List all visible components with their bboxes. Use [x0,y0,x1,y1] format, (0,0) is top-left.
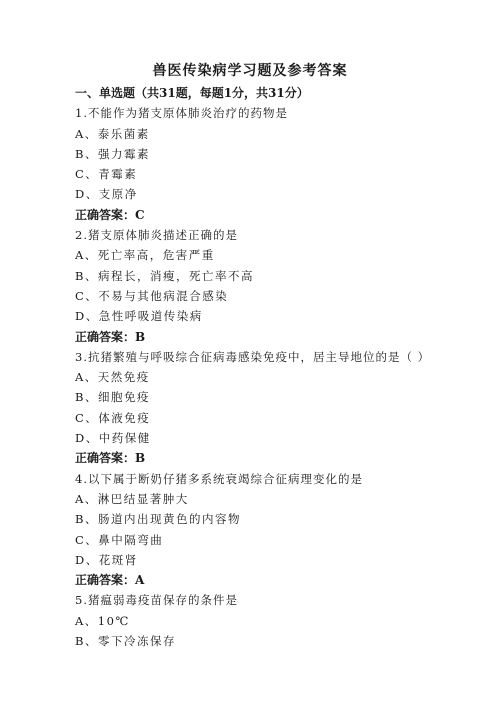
document-page: 兽医传染病学习题及参考答案 一、单选题（共31题，每题1分，共31分） 1.不能… [0,0,500,707]
option-c: C、不易与其他病混合感染 [75,286,435,306]
option-c: C、鼻中隔弯曲 [75,530,435,550]
section-header: 一、单选题（共31题，每题1分，共31分） [75,83,435,103]
option-a: A、淋巴结显著肿大 [75,489,435,509]
question-stem: 3.抗猪繁殖与呼吸综合征病毒感染免疫中，居主导地位的是（ ） [75,347,435,367]
option-a: A、死亡率高，危害严重 [75,245,435,265]
question-block: 4.以下属于断奶仔猪多系统衰竭综合征病理变化的是 A、淋巴结显著肿大 B、肠道内… [75,469,435,591]
option-d: D、支原净 [75,184,435,204]
question-block: 5.猪瘟弱毒疫苗保存的条件是 A、10℃ B、零下冷冻保存 [75,590,435,651]
document-title: 兽医传染病学习题及参考答案 [0,60,500,80]
correct-answer: 正确答案：B [75,448,435,468]
option-a: A、泰乐菌素 [75,124,435,144]
option-b: B、病程长，消瘦，死亡率不高 [75,266,435,286]
question-stem: 1.不能作为猪支原体肺炎治疗的药物是 [75,103,435,123]
option-b: B、零下冷冻保存 [75,631,435,651]
option-d: D、中药保健 [75,428,435,448]
question-stem: 5.猪瘟弱毒疫苗保存的条件是 [75,590,435,610]
option-b: B、肠道内出现黄色的内容物 [75,509,435,529]
question-stem: 2.猪支原体肺炎描述正确的是 [75,225,435,245]
option-d: D、急性呼吸道传染病 [75,306,435,326]
option-b: B、细胞免疫 [75,387,435,407]
correct-answer: 正确答案：B [75,327,435,347]
option-a: A、10℃ [75,611,435,631]
option-d: D、花斑肾 [75,550,435,570]
question-block: 1.不能作为猪支原体肺炎治疗的药物是 A、泰乐菌素 B、强力霉素 C、青霉素 D… [75,103,435,225]
correct-answer: 正确答案：C [75,205,435,225]
question-block: 2.猪支原体肺炎描述正确的是 A、死亡率高，危害严重 B、病程长，消瘦，死亡率不… [75,225,435,347]
document-body: 一、单选题（共31题，每题1分，共31分） 1.不能作为猪支原体肺炎治疗的药物是… [75,83,435,651]
option-c: C、体液免疫 [75,408,435,428]
option-a: A、天然免疫 [75,367,435,387]
option-c: C、青霉素 [75,164,435,184]
question-block: 3.抗猪繁殖与呼吸综合征病毒感染免疫中，居主导地位的是（ ） A、天然免疫 B、… [75,347,435,469]
option-b: B、强力霉素 [75,144,435,164]
correct-answer: 正确答案：A [75,570,435,590]
question-stem: 4.以下属于断奶仔猪多系统衰竭综合征病理变化的是 [75,469,435,489]
